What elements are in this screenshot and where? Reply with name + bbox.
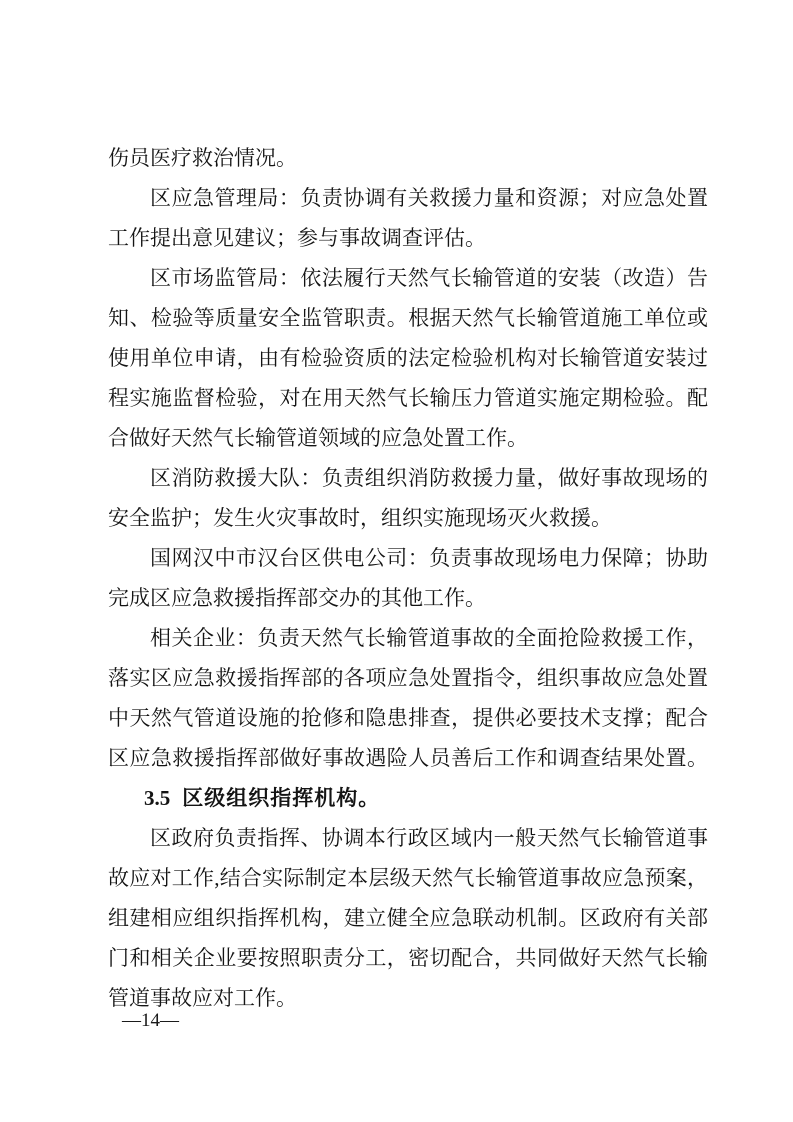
text-line: 伤员医疗救治情况。 — [108, 138, 708, 178]
text-line: 管道事故应对工作。 — [108, 978, 708, 1018]
document-page: 伤员医疗救治情况。 区应急管理局：负责协调有关救援力量和资源；对应急处置 工作提… — [108, 138, 708, 1018]
text-line: 相关企业：负责天然气长输管道事故的全面抢险救援工作， — [108, 618, 708, 658]
section-heading: 3.5区级组织指挥机构。 — [108, 778, 708, 818]
text-line: 中天然气管道设施的抢修和隐患排查，提供必要技术支撑；配合 — [108, 698, 708, 738]
section-title: 区级组织指挥机构。 — [182, 786, 380, 810]
text-line: 区政府负责指挥、协调本行政区域内一般天然气长输管道事 — [108, 818, 708, 858]
text-line: 安全监护；发生火灾事故时，组织实施现场灭火救援。 — [108, 498, 708, 538]
text-line: 工作提出意见建议；参与事故调查评估。 — [108, 218, 708, 258]
text-line: 完成区应急救援指挥部交办的其他工作。 — [108, 578, 708, 618]
page-number: —14— — [122, 1008, 179, 1034]
text-line: 合做好天然气长输管道领域的应急处置工作。 — [108, 418, 708, 458]
text-line: 程实施监督检验，对在用天然气长输压力管道实施定期检验。配 — [108, 378, 708, 418]
text-line: 国网汉中市汉台区供电公司：负责事故现场电力保障；协助 — [108, 538, 708, 578]
text-line: 知、检验等质量安全监管职责。根据天然气长输管道施工单位或 — [108, 298, 708, 338]
text-line: 区应急救援指挥部做好事故遇险人员善后工作和调查结果处置。 — [108, 738, 708, 778]
text-line: 区应急管理局：负责协调有关救援力量和资源；对应急处置 — [108, 178, 708, 218]
section-number: 3.5 — [144, 786, 170, 810]
text-line: 使用单位申请，由有检验资质的法定检验机构对长输管道安装过 — [108, 338, 708, 378]
text-line: 区消防救援大队：负责组织消防救援力量，做好事故现场的 — [108, 458, 708, 498]
text-line: 门和相关企业要按照职责分工，密切配合，共同做好天然气长输 — [108, 938, 708, 978]
text-line: 落实区应急救援指挥部的各项应急处置指令，组织事故应急处置 — [108, 658, 708, 698]
text-line: 区市场监管局：依法履行天然气长输管道的安装（改造）告 — [108, 258, 708, 298]
text-line: 组建相应组织指挥机构，建立健全应急联动机制。区政府有关部 — [108, 898, 708, 938]
text-line: 故应对工作,结合实际制定本层级天然气长输管道事故应急预案， — [108, 858, 708, 898]
